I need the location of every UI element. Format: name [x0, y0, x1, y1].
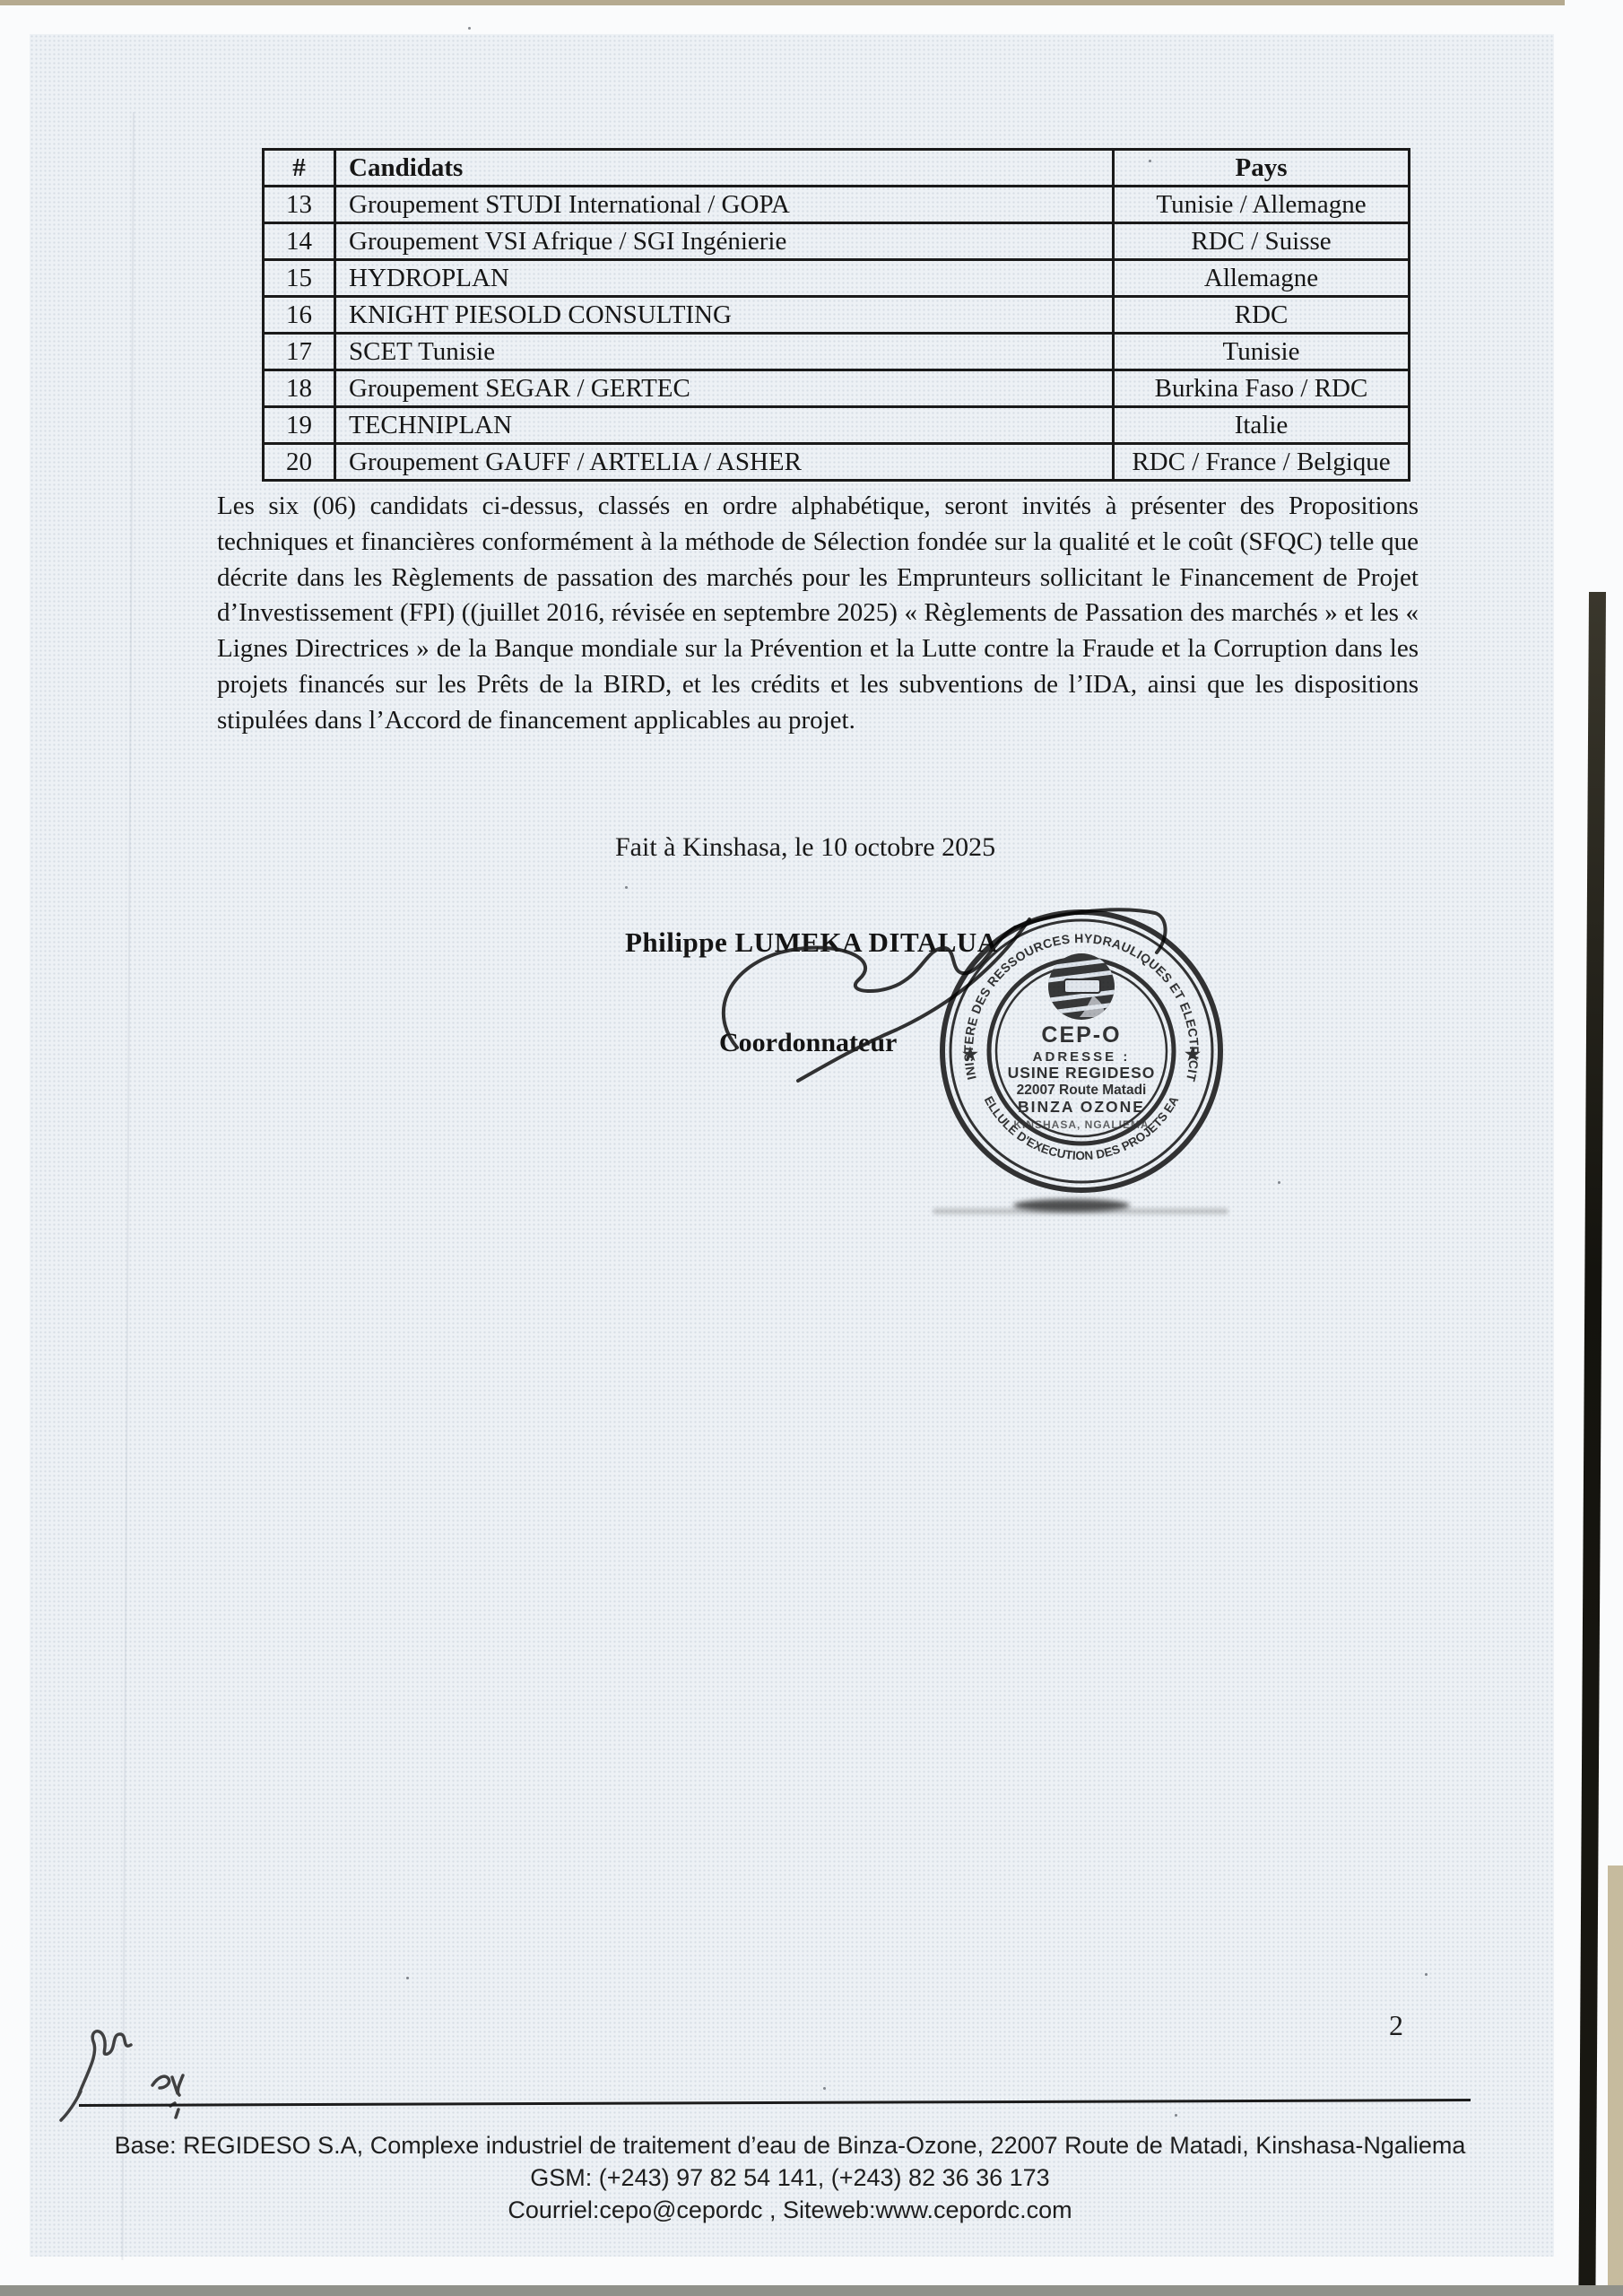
table-row: 20 Groupement GAUFF / ARTELIA / ASHER RD…: [264, 444, 1410, 481]
scan-speck: [1175, 2114, 1177, 2117]
page-number: 2: [1389, 2009, 1403, 2042]
scan-edge-right: [1608, 1865, 1623, 2287]
row-candidate: SCET Tunisie: [335, 334, 1114, 370]
stamp-line-route: 22007 Route Matadi: [1017, 1083, 1147, 1098]
row-country: Tunisie / Allemagne: [1114, 187, 1410, 223]
stamp-line-cepo: CEP-O: [1041, 1022, 1121, 1048]
table-header-row: # Candidats Pays: [264, 150, 1410, 187]
row-number: 17: [264, 334, 335, 370]
scan-speck: [1425, 1973, 1428, 1976]
stamp-line-kinshasa: KINSHASA, NGALIEMA: [1013, 1118, 1149, 1131]
footer-address: Base: REGIDESO S.A, Complexe industriel …: [0, 2129, 1580, 2161]
row-country: Italie: [1114, 407, 1410, 444]
scan-speck: [1278, 1181, 1280, 1184]
row-number: 19: [264, 407, 335, 444]
scan-edge-bottom: [0, 2285, 1623, 2296]
stamp-line-adresse: ADRESSE :: [1033, 1049, 1131, 1065]
scanned-document-page: # Candidats Pays 13 Groupement STUDI Int…: [0, 0, 1623, 2296]
stamp-star-right-icon: ★: [1185, 1045, 1201, 1065]
scan-speck: [625, 886, 628, 889]
row-candidate: Groupement SEGAR / GERTEC: [335, 370, 1114, 407]
row-number: 18: [264, 370, 335, 407]
row-number: 20: [264, 444, 335, 481]
table-row: 13 Groupement STUDI International / GOPA…: [264, 187, 1410, 223]
row-candidate: HYDROPLAN: [335, 260, 1114, 297]
row-country: Burkina Faso / RDC: [1114, 370, 1410, 407]
row-country: Tunisie: [1114, 334, 1410, 370]
row-number: 16: [264, 297, 335, 334]
scan-edge-top: [0, 0, 1565, 5]
table-row: 19 TECHNIPLAN Italie: [264, 407, 1410, 444]
stamp-line-binza: BINZA OZONE: [1018, 1098, 1145, 1116]
header-candidats: Candidats: [335, 150, 1114, 187]
row-number: 15: [264, 260, 335, 297]
header-number: #: [264, 150, 335, 187]
row-country: RDC / Suisse: [1114, 223, 1410, 260]
scan-speck: [406, 1977, 409, 1979]
stamp-line-usine: USINE REGIDESO: [1008, 1064, 1156, 1082]
table-row: 18 Groupement SEGAR / GERTEC Burkina Fas…: [264, 370, 1410, 407]
row-country: RDC / France / Belgique: [1114, 444, 1410, 481]
row-candidate: Groupement GAUFF / ARTELIA / ASHER: [335, 444, 1114, 481]
footer-gsm: GSM: (+243) 97 82 54 141, (+243) 82 36 3…: [0, 2161, 1580, 2194]
stamp-ink-streak: [933, 1208, 1228, 1214]
candidates-table: # Candidats Pays 13 Groupement STUDI Int…: [262, 148, 1410, 482]
table-row: 15 HYDROPLAN Allemagne: [264, 260, 1410, 297]
row-number: 14: [264, 223, 335, 260]
table-row: 17 SCET Tunisie Tunisie: [264, 334, 1410, 370]
body-paragraph: Les six (06) candidats ci-dessus, classé…: [217, 489, 1419, 739]
row-candidate: Groupement STUDI International / GOPA: [335, 187, 1114, 223]
cep-o-stamp: MINISTERE DES RESSOURCES HYDRAULIQUES ET…: [936, 906, 1227, 1196]
footer-contact: Courriel:cepo@cepordc , Siteweb:www.cepo…: [0, 2194, 1580, 2226]
row-candidate: TECHNIPLAN: [335, 407, 1114, 444]
table-row: 14 Groupement VSI Afrique / SGI Ingénier…: [264, 223, 1410, 260]
row-number: 13: [264, 187, 335, 223]
table-row: 16 KNIGHT PIESOLD CONSULTING RDC: [264, 297, 1410, 334]
scan-speck: [468, 27, 471, 30]
dateline: Fait à Kinshasa, le 10 octobre 2025: [615, 832, 995, 863]
stamp-star-left-icon: ★: [962, 1045, 978, 1065]
row-candidate: KNIGHT PIESOLD CONSULTING: [335, 297, 1114, 334]
row-candidate: Groupement VSI Afrique / SGI Ingénierie: [335, 223, 1114, 260]
row-country: RDC: [1114, 297, 1410, 334]
row-country: Allemagne: [1114, 260, 1410, 297]
scan-speck: [823, 2087, 826, 2090]
footer: Base: REGIDESO S.A, Complexe industriel …: [0, 2129, 1580, 2226]
scan-edge-shadow: [1578, 592, 1606, 2289]
header-pays: Pays: [1114, 150, 1410, 187]
